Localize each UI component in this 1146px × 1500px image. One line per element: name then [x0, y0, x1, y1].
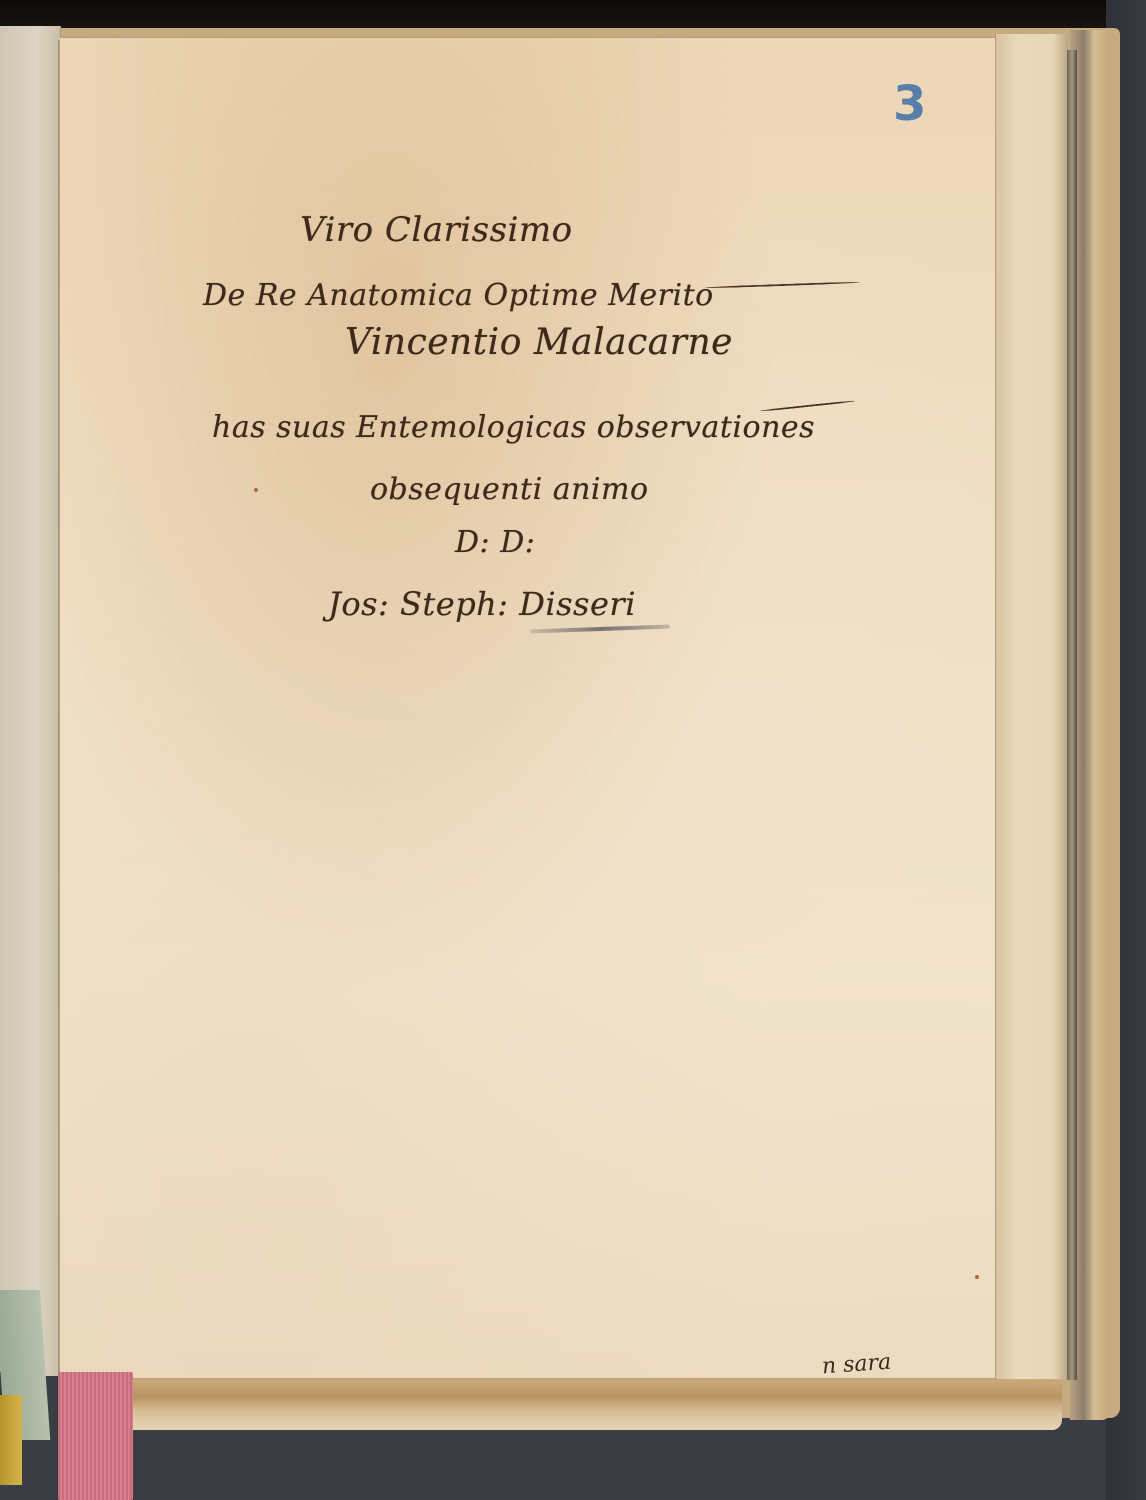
- facing-leaf: [0, 26, 61, 1376]
- yellow-ribbon-marker: [0, 1395, 22, 1485]
- folio-number: 3: [893, 76, 926, 132]
- dedication-line-2: De Re Anatomica Optime Merito: [203, 278, 714, 313]
- pink-ribbon-marker: [58, 1372, 133, 1500]
- bottom-margin-note: n sara: [821, 1350, 892, 1380]
- dedication-line-5: obsequenti animo: [370, 472, 649, 507]
- folded-flap: [995, 34, 1068, 1379]
- dedication-line-4: has suas Entemologicas observationes: [212, 410, 815, 445]
- dedication-line-1: Viro Clarissimo: [300, 210, 573, 250]
- foxing-spot: [975, 1275, 979, 1279]
- dedication-line-3: Vincentio Malacarne: [345, 322, 733, 363]
- dedication-line-7: Jos: Steph: Disseri: [328, 585, 636, 623]
- foxed-bottom-edge: [62, 1370, 1062, 1430]
- foxing-spot: [254, 488, 258, 492]
- dedication-line-6: D: D:: [455, 525, 535, 560]
- page-edge: [1067, 50, 1077, 1380]
